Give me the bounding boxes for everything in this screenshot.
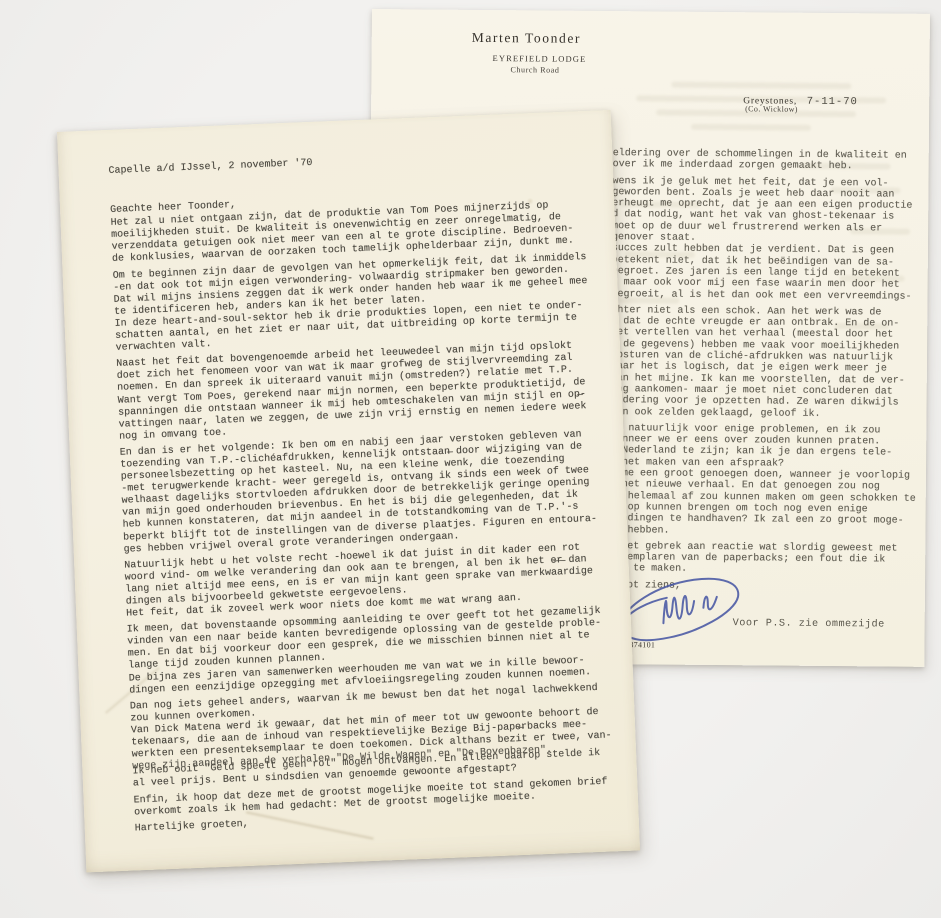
typed-line: over ik me inderdaad zorgen gemaakt heb.: [613, 159, 925, 173]
typed-line: oegroeit, al is het dan ook met een verv…: [611, 289, 923, 303]
date-line-left: Capelle a/d IJssel, 2 november '70: [108, 146, 606, 178]
paragraph: r het gebrek aan reactie wat slordig gew…: [609, 541, 921, 578]
letterhead-name: Marten Toonder: [472, 30, 581, 47]
paragraph: Naast het feit dat bovengenoemde arbeid …: [116, 339, 617, 443]
letterhead-county: (Co. Wicklow): [745, 104, 798, 113]
paragraph: me natuurlijk voor enige problemen, en i…: [609, 423, 922, 539]
paragraph: wens ik je geluk met het feit, dat je ee…: [611, 176, 924, 303]
photo-backdrop: Marten Toonder EYREFIELD LODGE Church Ro…: [0, 0, 941, 918]
paragraph: Dan nog iets geheel anders, waarvan ik m…: [130, 681, 631, 790]
letter-body-right: eldering over de schommelingen in de kwa…: [609, 148, 925, 599]
letter-sheet-capelle: Capelle a/d IJssel, 2 november '70 Geach…: [57, 110, 640, 872]
paragraph: chter niet als een schok. Aan het werk w…: [610, 305, 923, 421]
paragraph: Om te beginnen zijn daar de gevolgen van…: [113, 251, 614, 355]
letterhead-road: Church Road: [510, 65, 559, 74]
letterhead-lodge: EYREFIELD LODGE: [493, 53, 587, 64]
ps-note: Voor P.S. zie ommezijde: [733, 618, 885, 630]
typed-date: 7-11-70: [807, 96, 858, 108]
paragraph: En dan is er het volgende: Ik ben om en …: [120, 428, 622, 557]
paragraph: eldering over de schommelingen in de kwa…: [613, 148, 925, 173]
